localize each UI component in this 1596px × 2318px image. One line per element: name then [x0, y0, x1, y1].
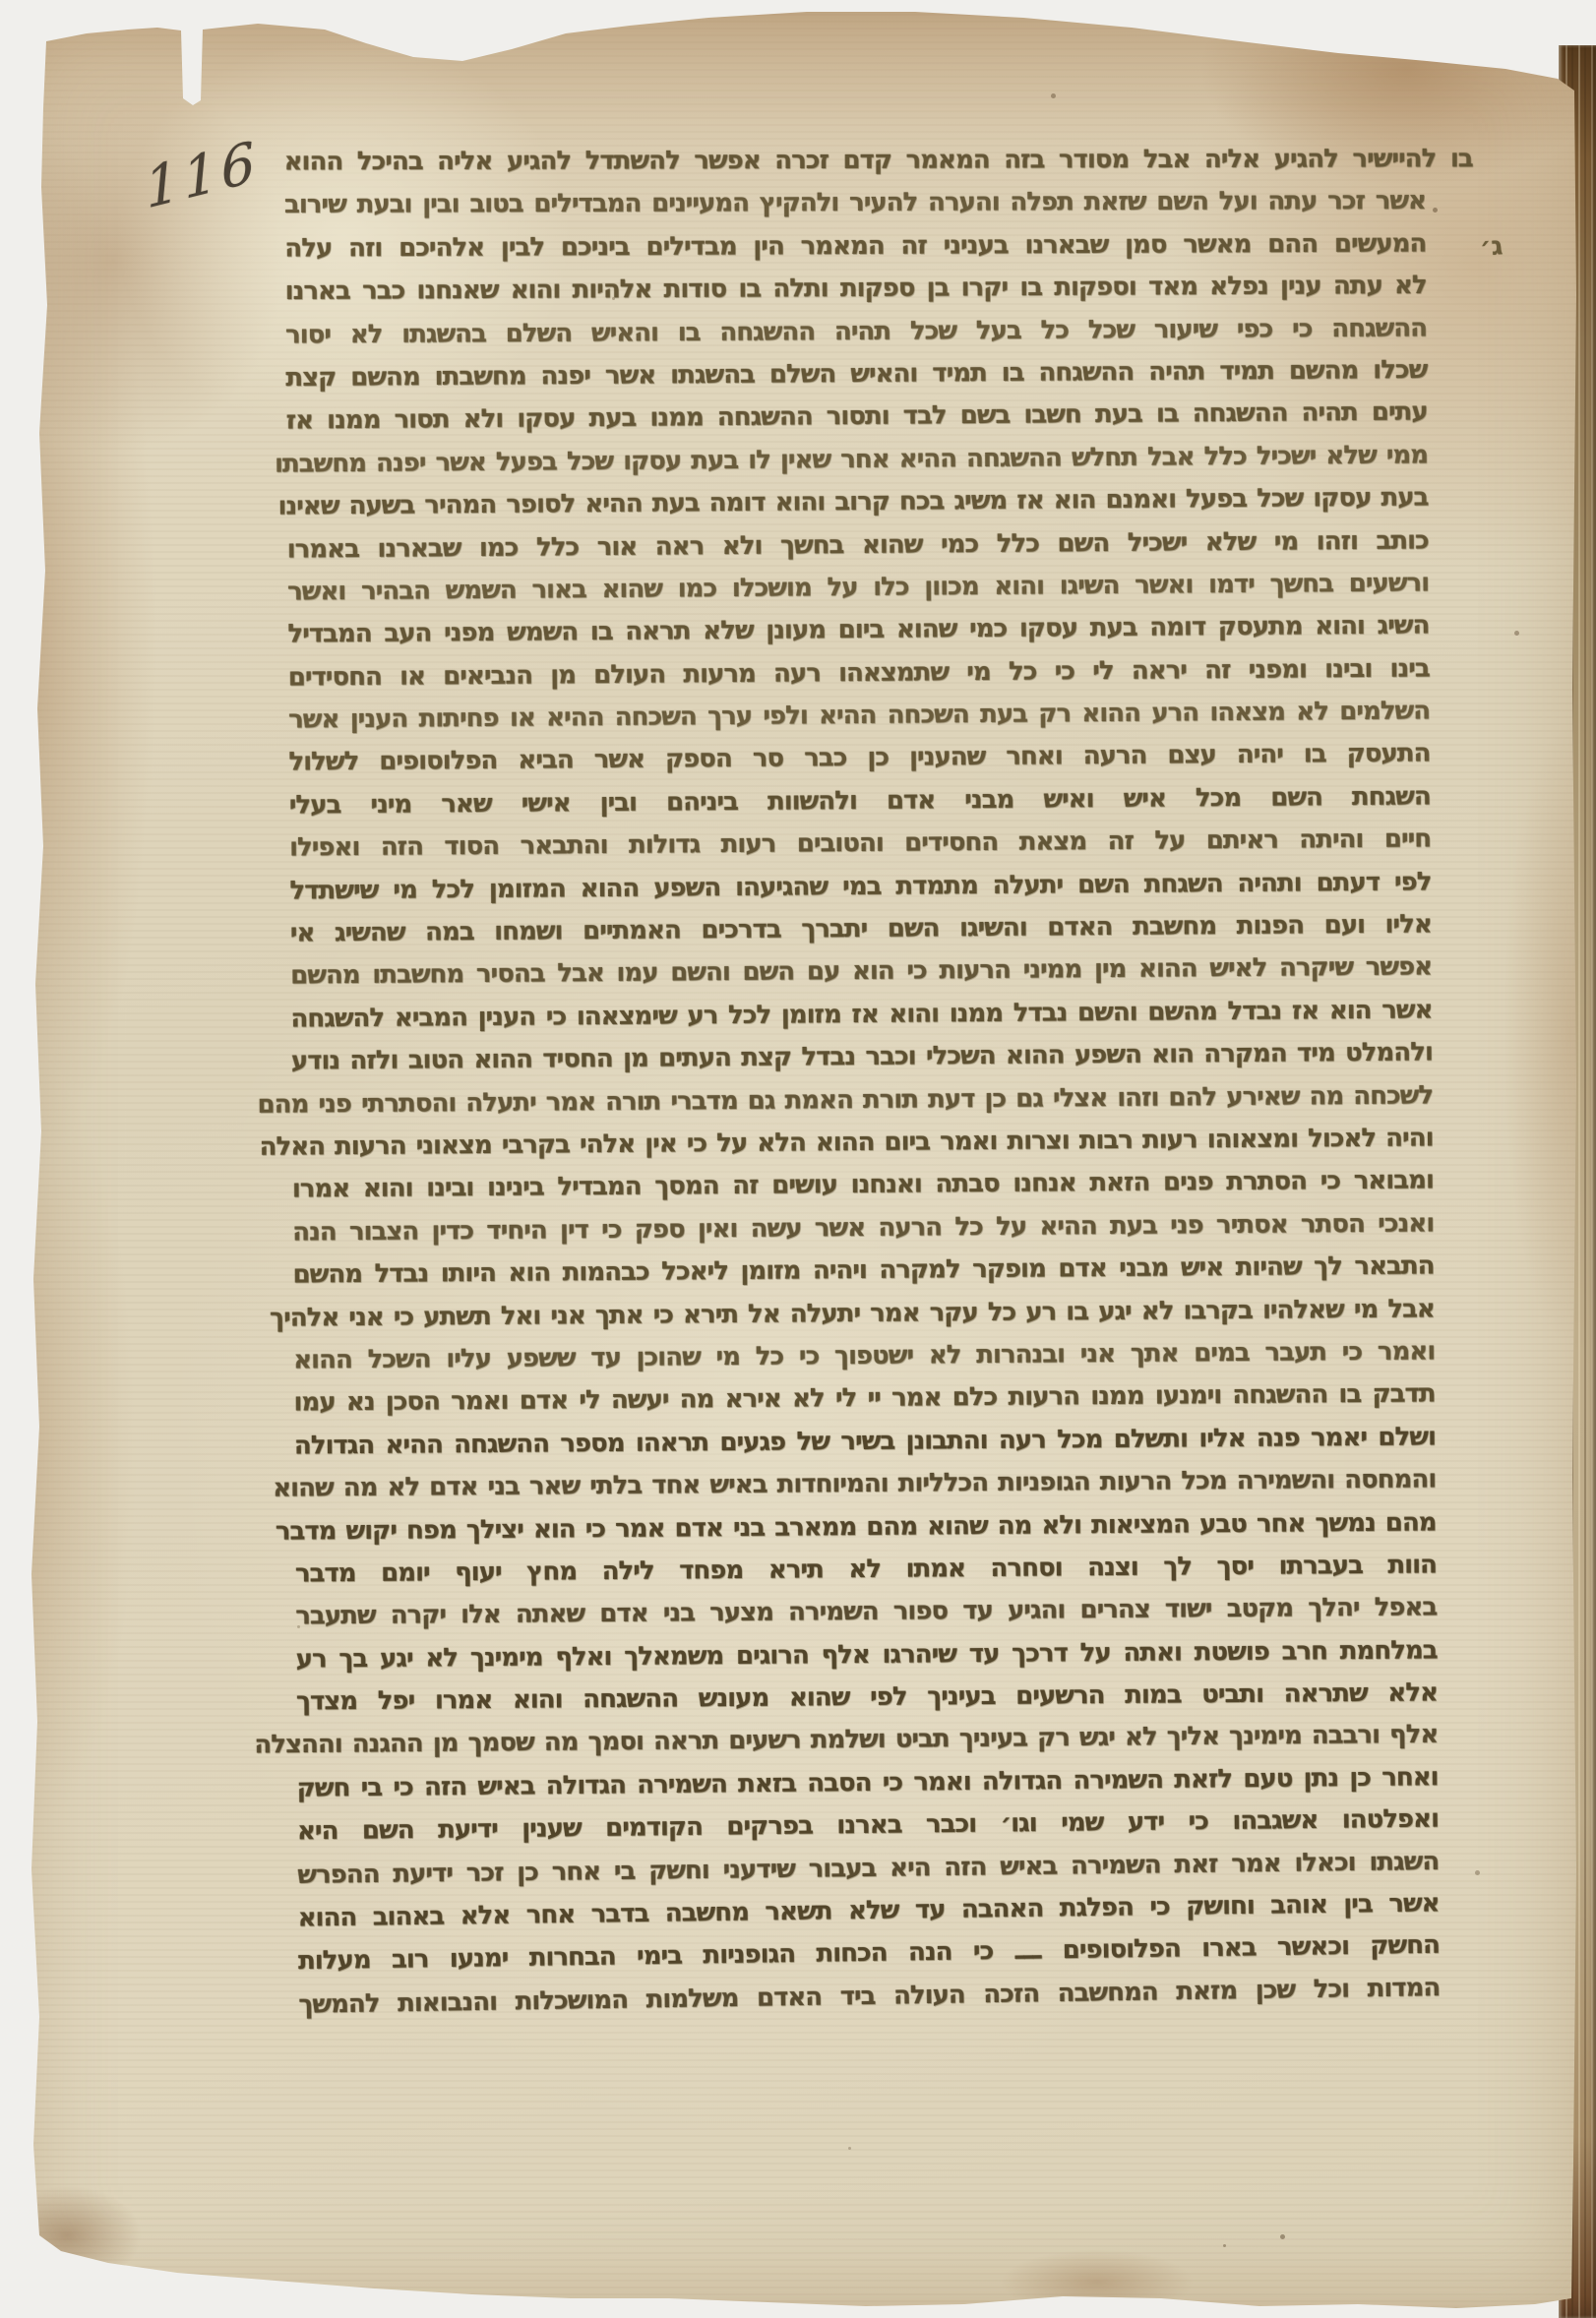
- text-line: אשר זכר עתה ועל השם שזאת תפלה והערה להעי…: [284, 180, 1426, 226]
- text-line: ההשגחה כי כפי שיעור שכל כל בעל שכל תהיה …: [285, 307, 1427, 356]
- scan-background: 116 ג׳ בו להיישיר להגיע אליה אבל מסודר ב…: [0, 0, 1596, 2318]
- folio-number: 116: [143, 129, 262, 221]
- text-block: בו להיישיר להגיע אליה אבל מסודר בזה המאמ…: [284, 135, 1441, 2022]
- quire-mark: ג׳: [1479, 231, 1504, 263]
- ink-specks: [0, 0, 3, 3]
- text-line: המעשים ההם מאשר סמן שבארנו בעניני זה המא…: [284, 222, 1426, 270]
- manuscript-page: 116 ג׳ בו להיישיר להגיע אליה אבל מסודר ב…: [0, 0, 1596, 2318]
- text-line: לא עתה ענין נפלא מאד וספקות בו יקרו בן ס…: [285, 265, 1427, 313]
- manuscript-scan: { "page": { "folio_number": "116", "marg…: [0, 0, 1596, 2318]
- text-line: בו להיישיר להגיע אליה אבל מסודר בזה המאמ…: [284, 138, 1473, 184]
